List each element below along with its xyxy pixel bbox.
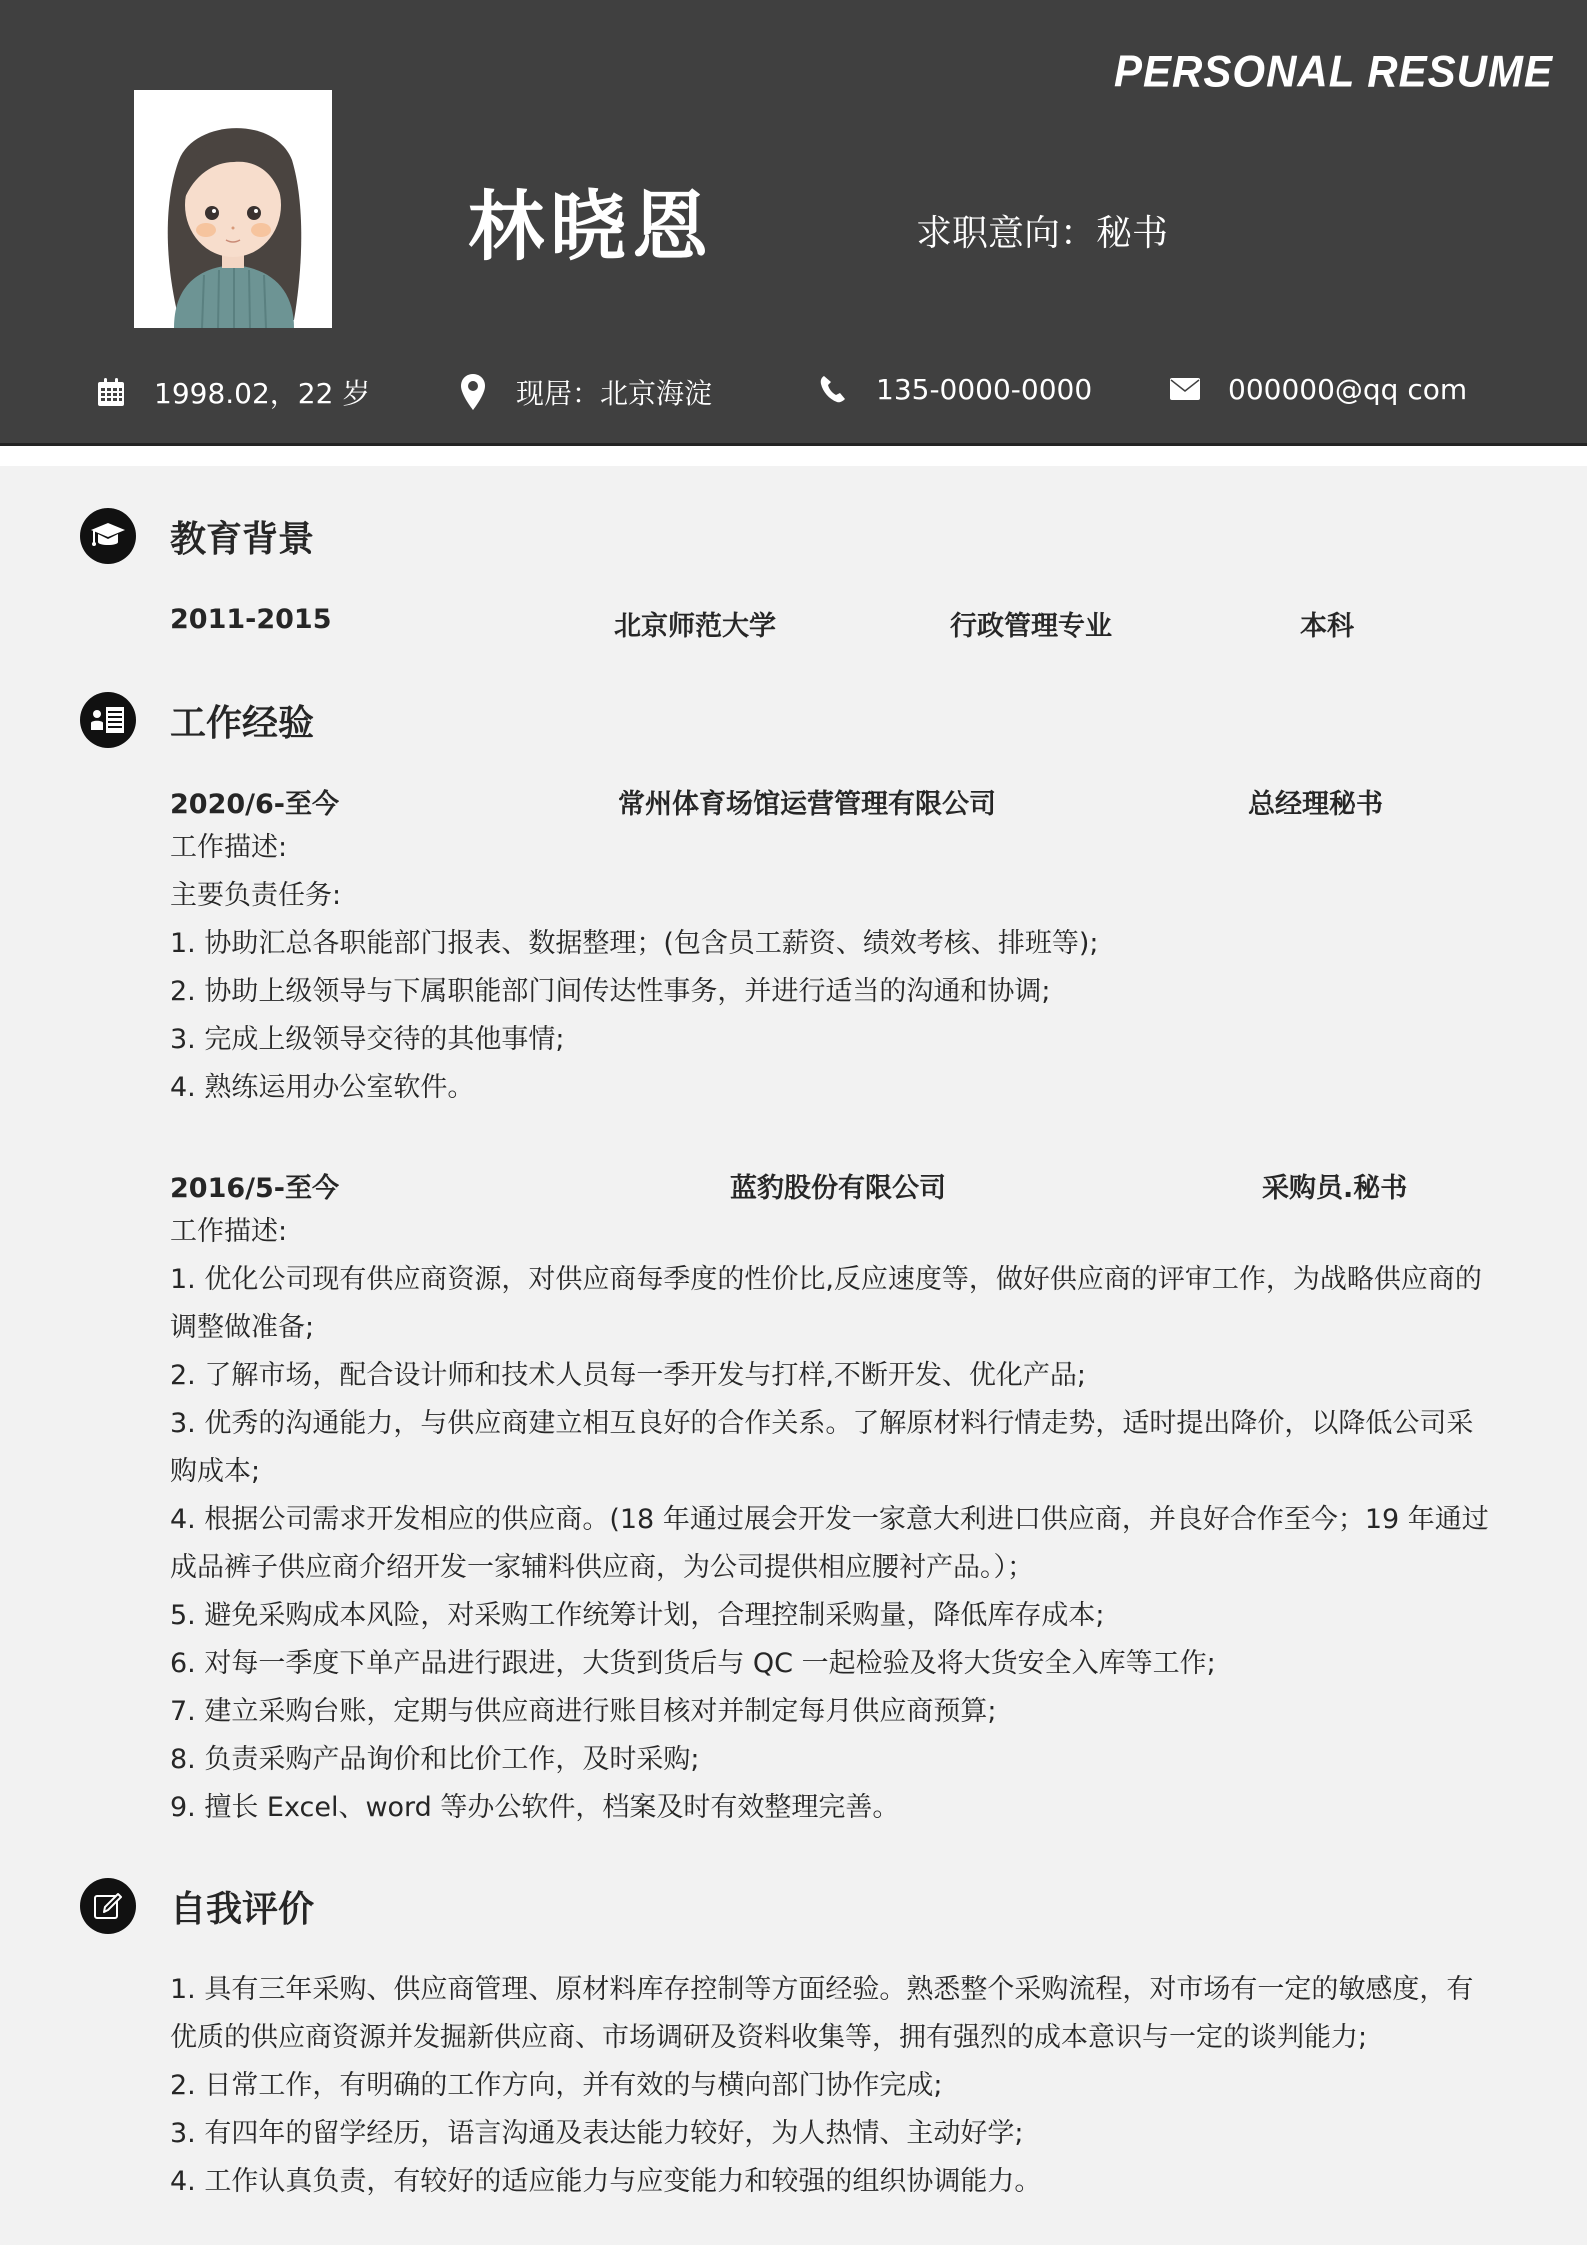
job-1-period: 2020/6-至今 [170,782,339,821]
work-section-header: 工作经验 [80,692,314,748]
work-title: 工作经验 [170,695,314,746]
edit-pencil-icon [80,1878,136,1934]
self-eval-item: 1. 具有三年采购、供应商管理、原材料库存控制等方面经验。熟悉整个采购流程，对市… [170,1966,1490,2062]
job-2-period: 2016/5-至今 [170,1166,339,1205]
education-degree: 本科 [1300,604,1354,643]
education-school: 北京师范大学 [614,604,776,643]
self-eval-item: 3. 有四年的留学经历，语言沟通及表达能力较好，为人热情、主动好学; [170,2110,1490,2158]
avatar-photo [134,90,332,328]
candidate-name: 林晓恩 [468,166,714,275]
self-eval-item: 2. 日常工作，有明确的工作方向，并有效的与横向部门协作完成; [170,2062,1490,2110]
education-section-header: 教育背景 [80,508,314,564]
brand-title: PERSONAL RESUME [1114,47,1553,97]
location-text: 现居：北京海淀 [516,372,712,412]
job-2-line: 6. 对每一季度下单产品进行跟进，大货到货后与 QC 一起检验及将大货安全入库等… [170,1640,1490,1688]
job-2-line: 5. 避免采购成本风险，对采购工作统筹计划，合理控制采购量，降低库存成本; [170,1592,1490,1640]
job-2-line: 工作描述: [170,1208,1490,1256]
calendar-icon [94,375,128,409]
job-2-company: 蓝豹股份有限公司 [730,1166,946,1205]
job-1-line: 3. 完成上级领导交待的其他事情; [170,1016,1490,1064]
self-eval-item: 4. 工作认真负责，有较好的适应能力与应变能力和较强的组织协调能力。 [170,2158,1490,2206]
education-title: 教育背景 [170,511,314,562]
job-1-line: 主要负责任务: [170,872,1490,920]
job-1-line: 4. 熟练运用办公室软件。 [170,1064,1490,1112]
job-1-line: 工作描述: [170,824,1490,872]
job-2-line: 1. 优化公司现有供应商资源，对供应商每季度的性价比,反应速度等，做好供应商的评… [170,1256,1490,1352]
job-intent: 求职意向：秘书 [916,205,1168,256]
phone-text: 135-0000-0000 [876,373,1092,406]
contact-birth: 1998.02，22 岁 [94,372,370,412]
education-major: 行政管理专业 [950,604,1112,643]
graduation-cap-icon [80,508,136,564]
mail-icon [1168,372,1202,406]
job-1-line: 1. 协助汇总各职能部门报表、数据整理；(包含员工薪资、绩效考核、排班等); [170,920,1490,968]
email-text: 000000@qq com [1228,373,1467,406]
job-2-description: 工作描述: 1. 优化公司现有供应商资源，对供应商每季度的性价比,反应速度等，做… [170,1208,1490,1832]
resume-card-icon [80,692,136,748]
job-2-line: 8. 负责采购产品询价和比价工作，及时采购; [170,1736,1490,1784]
birth-text: 1998.02，22 岁 [154,372,370,412]
job-2-position: 采购员.秘书 [1262,1166,1407,1205]
education-period: 2011-2015 [170,604,332,635]
job-2-line: 2. 了解市场，配合设计师和技术人员每一季开发与打样,不断开发、优化产品; [170,1352,1490,1400]
avatar-illustration [134,90,332,328]
header-gap [0,446,1587,466]
location-pin-icon [456,375,490,409]
job-2-line: 4. 根据公司需求开发相应的供应商。(18 年通过展会开发一家意大利进口供应商，… [170,1496,1490,1592]
contact-location: 现居：北京海淀 [456,372,712,412]
job-2-line: 9. 擅长 Excel、word 等办公软件，档案及时有效整理完善。 [170,1784,1490,1832]
job-1-company: 常州体育场馆运营管理有限公司 [618,782,996,821]
self-eval-list: 1. 具有三年采购、供应商管理、原材料库存控制等方面经验。熟悉整个采购流程，对市… [170,1966,1490,2206]
job-1-description: 工作描述: 主要负责任务: 1. 协助汇总各职能部门报表、数据整理；(包含员工薪… [170,824,1490,1112]
contact-phone: 135-0000-0000 [816,372,1092,406]
job-1-line: 2. 协助上级领导与下属职能部门间传达性事务，并进行适当的沟通和协调; [170,968,1490,1016]
phone-icon [816,372,850,406]
self-eval-title: 自我评价 [170,1881,314,1932]
contact-email: 000000@qq com [1168,372,1467,406]
job-2-line: 7. 建立采购台账，定期与供应商进行账目核对并制定每月供应商预算; [170,1688,1490,1736]
job-2-line: 3. 优秀的沟通能力，与供应商建立相互良好的合作关系。了解原材料行情走势，适时提… [170,1400,1490,1496]
job-1-position: 总经理秘书 [1248,782,1383,821]
self-eval-section-header: 自我评价 [80,1878,314,1934]
